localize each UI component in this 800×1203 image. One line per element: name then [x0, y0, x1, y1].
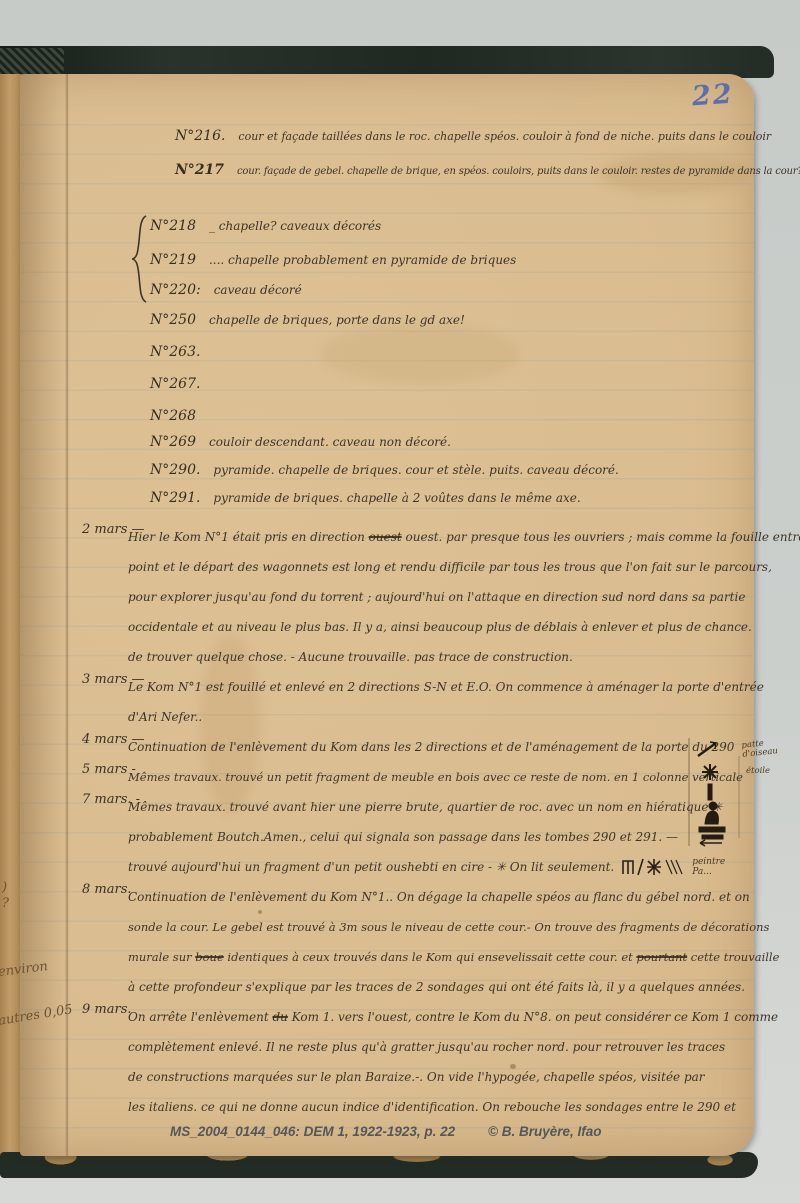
entry-line: de constructions marquées sur le plan Ba… [128, 1062, 754, 1092]
copyright-notice: © B. Bruyère, Ifao [488, 1124, 601, 1139]
manuscript-reference: MS_2004_0144_046: DEM 1, 1922-1923, p. 2… [170, 1124, 455, 1139]
tomb-list-row: N°268 [150, 408, 209, 424]
entry-line: murale sur boue identiques à ceux trouvé… [128, 942, 754, 972]
tomb-description: cour et façade taillées dans le roc. cha… [238, 130, 771, 143]
tomb-description: chapelle de briques, porte dans le gd ax… [209, 313, 465, 327]
entry-line: Continuation de l'enlèvement du Kom N°1.… [128, 882, 754, 912]
tomb-number: N°218 [150, 218, 196, 234]
book-gutter-edge [0, 74, 22, 1156]
entry-line: à cette profondeur s'explique par les tr… [128, 972, 754, 1002]
tomb-description: pyramide. chapelle de briques. cour et s… [213, 463, 618, 477]
painter-annotation: peintrePa... [692, 857, 725, 877]
entry-line: Mêmes travaux. trouvé un petit fragment … [128, 762, 673, 792]
inline-hieroglyphs-sketch [620, 856, 686, 878]
entry-date: 9 mars. [82, 1002, 132, 1017]
page-number: 22 [691, 79, 735, 113]
tomb-description: cour. façade de gebel. chapelle de briqu… [237, 166, 800, 177]
tomb-number: N°250 [150, 312, 196, 328]
entry-line: d'Ari Nefer.. [128, 702, 754, 732]
entry-line-text: trouvé aujourd'hui un fragment d'un peti… [128, 852, 614, 882]
sketch-caption-bird: patted'oiseau [741, 738, 778, 760]
entry-line: trouvé aujourd'hui un fragment d'un peti… [128, 852, 754, 882]
tomb-list-row: N°217cour. façade de gebel. chapelle de … [175, 162, 800, 178]
tomb-number: N°269 [150, 434, 196, 450]
gutter-shading [20, 74, 66, 1156]
entry-line: sonde la cour. Le gebel est trouvé à 3m … [128, 912, 754, 942]
curly-brace [130, 214, 148, 304]
tomb-number: N°268 [150, 408, 196, 424]
entry-line: On arrête l'enlèvement du Kom 1. vers l'… [128, 1002, 754, 1032]
entry-date: 8 mars. [82, 882, 132, 897]
entry-line: Mêmes travaux. trouvé avant hier une pie… [128, 792, 754, 822]
entry-line: point et le départ des wagonnets est lon… [128, 552, 754, 582]
tomb-list-row: N°250chapelle de briques, porte dans le … [150, 312, 465, 328]
tomb-list-row: N°220:caveau décoré [150, 282, 302, 298]
entry-line: de trouver quelque chose. - Aucune trouv… [128, 642, 754, 672]
tomb-list-row: N°216.cour et façade taillées dans le ro… [175, 128, 771, 144]
entry-line: occidentale et au niveau le plus bas. Il… [128, 612, 754, 642]
tomb-description: .... chapelle probablement en pyramide d… [209, 253, 516, 267]
tomb-list-row: N°290.pyramide. chapelle de briques. cou… [150, 462, 619, 478]
tomb-list-row: N°218_ chapelle? caveaux décorés [150, 218, 381, 234]
notebook-page: 22 N°216.cour et façade taillées dans le… [20, 74, 754, 1156]
entry-line: pour explorer jusqu'au fond du torrent ;… [128, 582, 754, 612]
entry-line: complètement enlevé. Il ne reste plus qu… [128, 1032, 754, 1062]
entry-line: Continuation de l'enlèvement du Kom dans… [128, 732, 754, 762]
tomb-description: pyramide de briques. chapelle à 2 voûtes… [213, 491, 580, 505]
tomb-description: caveau décoré [214, 283, 302, 297]
hieroglyph-column-sketch [686, 738, 744, 848]
tomb-description: _ chapelle? caveaux décorés [209, 219, 381, 233]
page-crease [65, 74, 69, 1156]
tomb-list-row: N°219.... chapelle probablement en pyram… [150, 252, 516, 268]
tomb-number: N°263. [150, 344, 200, 360]
book-cover-corner-texture [0, 48, 64, 76]
tomb-number: N°217 [175, 162, 224, 178]
scanned-notebook-page: 22 N°216.cour et façade taillées dans le… [0, 0, 800, 1203]
tomb-list-row: N°263. [150, 344, 213, 360]
tomb-number: N°267. [150, 376, 200, 392]
tomb-number: N°290. [150, 462, 200, 478]
edge-fragment: ) [2, 880, 7, 895]
tomb-list-row: N°269couloir descendant. caveau non déco… [150, 434, 451, 450]
tomb-description: couloir descendant. caveau non décoré. [209, 435, 451, 449]
tomb-number: N°220: [150, 282, 201, 298]
tomb-number: N°291. [150, 490, 200, 506]
tomb-number: N°219 [150, 252, 196, 268]
entry-line: Hier le Kom N°1 était pris en direction … [128, 522, 754, 552]
ink-bleedthrough-smudge [320, 324, 520, 384]
edge-fragment: ? [2, 896, 9, 911]
tomb-number: N°216. [175, 128, 225, 144]
sketch-caption-star: étoile [746, 766, 770, 776]
entry-line: probablement Boutch.Amen., celui qui sig… [128, 822, 754, 852]
entry-line: les italiens. ce qui ne donne aucun indi… [128, 1092, 754, 1122]
entry-line: Le Kom N°1 est fouillé et enlevé en 2 di… [128, 672, 754, 702]
tomb-list-row: N°267. [150, 376, 213, 392]
tomb-list-row: N°291.pyramide de briques. chapelle à 2 … [150, 490, 581, 506]
